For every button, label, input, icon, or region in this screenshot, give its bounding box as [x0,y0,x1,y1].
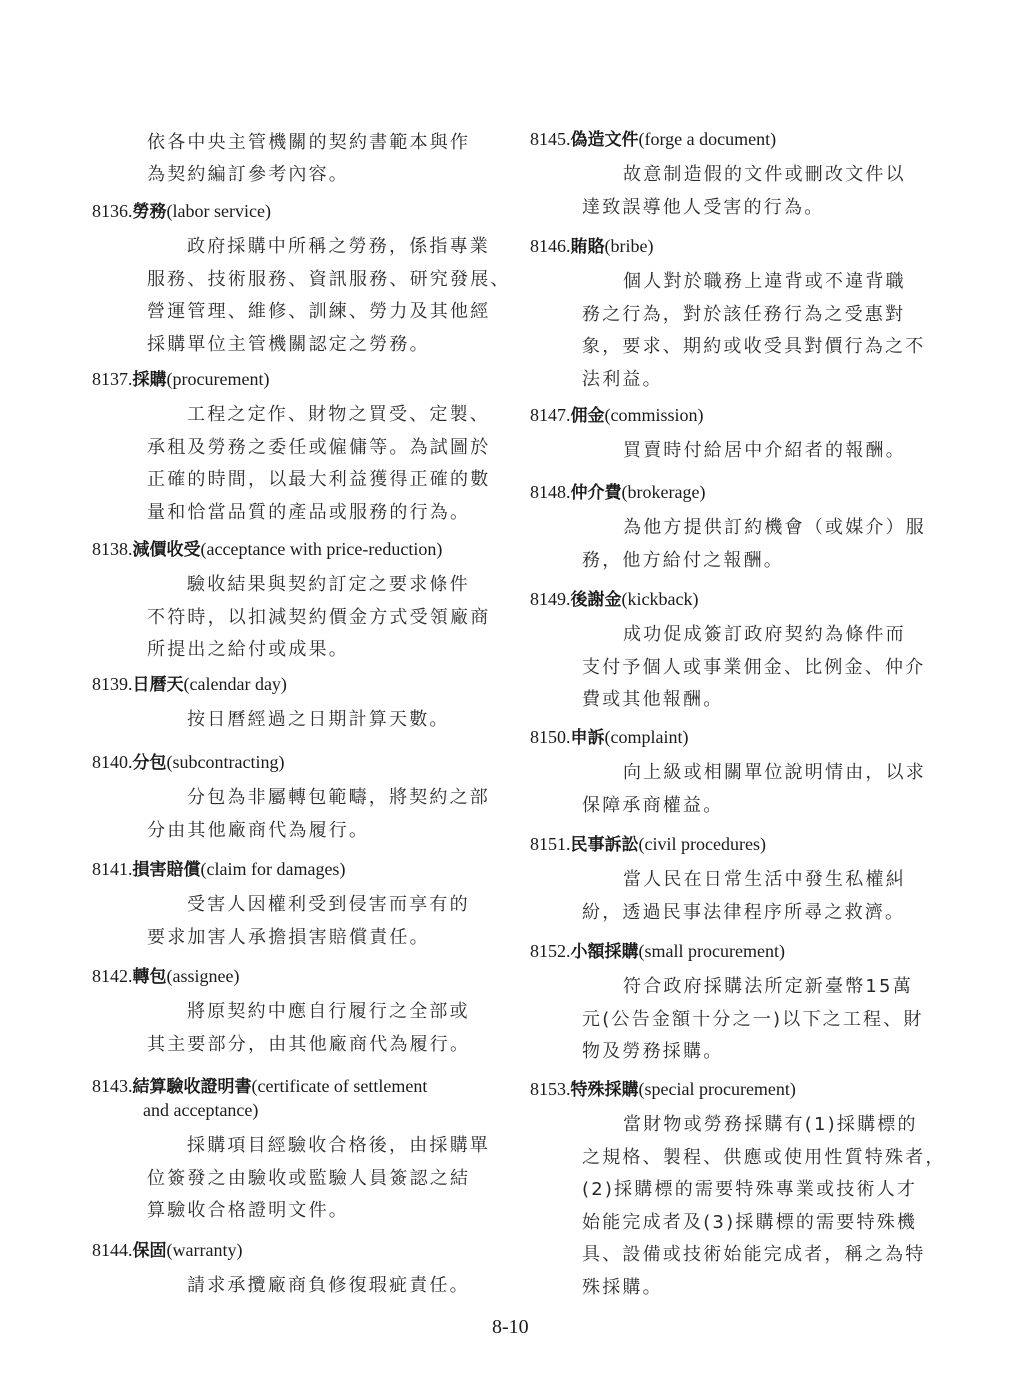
term-english: (commission) [605,405,704,425]
page-number: 8-10 [492,1316,529,1339]
definition-line: 驗收結果與契約訂定之要求條件 [187,572,470,598]
definition-line: 採購單位主管機關認定之勞務。 [147,332,430,358]
term-number: 8140. [92,752,133,772]
term-number: 8137. [92,369,133,389]
definition-line: 當人民在日常生活中發生私權糾 [623,867,906,893]
definition-line: 承租及勞務之委任或僱傭等。為試圖於 [147,435,490,461]
term-english: (kickback) [622,589,699,609]
term-number: 8144. [92,1240,133,1260]
definition-line: 政府採購中所稱之勞務，係指專業 [187,234,490,260]
term-english: (small procurement) [639,941,785,961]
term-heading: 8138.減價收受(acceptance with price-reductio… [92,536,442,563]
term-english: (brokerage) [622,482,706,502]
definition-line: 符合政府採購法所定新臺幣15萬 [623,974,913,1000]
term-chinese: 保固 [133,1241,167,1261]
definition-line: 正確的時間，以最大利益獲得正確的數 [147,467,490,493]
definition-line: 工程之定作、財物之買受、定製、 [187,402,490,428]
definition-line: 個人對於職務上違背或不違背職 [623,269,906,295]
definition-line: 費或其他報酬。 [582,687,723,713]
term-number: 8151. [530,834,571,854]
term-heading: 8139.日曆天(calendar day) [92,671,287,698]
term-english: (warranty) [167,1240,243,1260]
term-english: (acceptance with price-reduction) [201,539,443,559]
definition-line: 受害人因權利受到侵害而享有的 [187,892,470,918]
definition-line: 殊採購。 [582,1275,663,1301]
definition-line: 象，要求、期約或收受具對價行為之不 [582,334,925,360]
definition-line: 其主要部分，由其他廠商代為履行。 [147,1032,470,1058]
term-number: 8149. [530,589,571,609]
definition-line: 保障承商權益。 [582,793,723,819]
term-english: (forge a document) [639,129,777,149]
term-number: 8143. [92,1076,133,1096]
definition-line: (2)採購標的需要特殊專業或技術人才 [582,1177,917,1203]
term-chinese: 仲介費 [571,483,622,503]
term-english: (special procurement) [639,1079,796,1099]
term-heading: 8145.偽造文件(forge a document) [530,126,776,153]
term-chinese: 佣金 [571,406,605,426]
term-number: 8150. [530,727,571,747]
term-chinese: 轉包 [133,967,167,987]
definition-line: 紛，透過民事法律程序所尋之救濟。 [582,900,905,926]
term-heading: 8143.結算驗收證明書(certificate of settlement [92,1073,427,1100]
term-english-continued: and acceptance) [143,1097,258,1123]
intro-line: 為契約編訂參考內容。 [147,162,349,188]
definition-line: 將原契約中應自行履行之全部或 [187,999,470,1025]
definition-line: 算驗收合格證明文件。 [147,1198,349,1224]
term-english: (calendar day) [184,674,287,694]
definition-line: 物及勞務採購。 [582,1039,723,1065]
term-number: 8145. [530,129,571,149]
term-chinese: 後謝金 [571,590,622,610]
definition-line: 營運管理、維修、訓練、勞力及其他經 [147,299,490,325]
term-english: (civil procedures) [639,834,766,854]
definition-line: 不符時，以扣減契約價金方式受領廠商 [147,605,490,631]
definition-line: 所提出之給付或成果。 [147,637,349,663]
term-chinese: 申訴 [571,728,605,748]
term-heading: 8144.保固(warranty) [92,1237,242,1264]
term-number: 8146. [530,236,571,256]
definition-line: 故意制造假的文件或刪改文件以 [623,162,906,188]
term-chinese: 結算驗收證明書 [133,1077,252,1097]
term-number: 8153. [530,1079,571,1099]
term-english: (assignee) [167,966,240,986]
definition-line: 務之行為，對於該任務行為之受惠對 [582,302,905,328]
term-heading: 8140.分包(subcontracting) [92,749,284,776]
term-heading: 8152.小額採購(small procurement) [530,938,785,965]
definition-line: 請求承攬廠商負修復瑕疵責任。 [187,1273,470,1299]
definition-line: 服務、技術服務、資訊服務、研究發展、 [147,267,511,293]
term-number: 8147. [530,405,571,425]
term-chinese: 採購 [133,370,167,390]
definition-line: 法利益。 [582,367,663,393]
definition-line: 採購項目經驗收合格後，由採購單 [187,1133,490,1159]
term-heading: 8148.仲介費(brokerage) [530,479,705,506]
term-number: 8139. [92,674,133,694]
term-number: 8141. [92,859,133,879]
term-heading: 8150.申訴(complaint) [530,724,688,751]
term-number: 8136. [92,201,133,221]
term-chinese: 偽造文件 [571,130,639,150]
definition-line: 量和恰當品質的產品或服務的行為。 [147,500,470,526]
term-english: (claim for damages) [201,859,346,879]
term-number: 8138. [92,539,133,559]
definition-line: 具、設備或技術始能完成者，稱之為特 [582,1242,925,1268]
definition-line: 達致誤導他人受害的行為。 [582,195,824,221]
definition-line: 始能完成者及(3)採購標的需要特殊機 [582,1210,917,1236]
term-english: (subcontracting) [167,752,285,772]
definition-line: 分由其他廠商代為履行。 [147,818,369,844]
term-chinese: 賄賂 [571,237,605,257]
term-heading: 8141.損害賠償(claim for damages) [92,856,345,883]
term-chinese: 民事訴訟 [571,835,639,855]
definition-line: 買賣時付給居中介紹者的報酬。 [623,438,906,464]
term-chinese: 分包 [133,753,167,773]
definition-line: 元(公告金額十分之一)以下之工程、財 [582,1007,924,1033]
term-heading: 8146.賄賂(bribe) [530,233,653,260]
term-chinese: 特殊採購 [571,1080,639,1100]
term-heading: 8136.勞務(labor service) [92,198,271,225]
term-chinese: 小額採購 [571,942,639,962]
term-english: (certificate of settlement [252,1076,428,1096]
term-heading: 8153.特殊採購(special procurement) [530,1076,796,1103]
definition-line: 為他方提供訂約機會（或媒介）服 [623,515,926,541]
definition-line: 要求加害人承擔損害賠償責任。 [147,925,430,951]
definition-line: 支付予個人或事業佣金、比例金、仲介 [582,655,925,681]
definition-line: 成功促成簽訂政府契約為條件而 [623,622,906,648]
term-chinese: 減價收受 [133,540,201,560]
definition-line: 向上級或相關單位說明情由，以求 [623,760,926,786]
term-number: 8152. [530,941,571,961]
term-english: (bribe) [605,236,654,256]
term-heading: 8151.民事訴訟(civil procedures) [530,831,766,858]
definition-line: 務，他方給付之報酬。 [582,548,784,574]
term-english: (procurement) [167,369,270,389]
definition-line: 按日曆經過之日期計算天數。 [187,707,450,733]
term-chinese: 日曆天 [133,675,184,695]
definition-line: 位簽發之由驗收或監驗人員簽認之結 [147,1166,470,1192]
term-heading: 8142.轉包(assignee) [92,963,239,990]
definition-line: 分包為非屬轉包範疇，將契約之部 [187,785,490,811]
term-chinese: 損害賠償 [133,860,201,880]
term-heading: 8149.後謝金(kickback) [530,586,698,613]
term-number: 8148. [530,482,571,502]
term-heading: 8137.採購(procurement) [92,366,269,393]
definition-line: 之規格、製程、供應或使用性質特殊者， [582,1145,946,1171]
term-heading: 8147.佣金(commission) [530,402,704,429]
term-english: (labor service) [167,201,271,221]
term-english: (complaint) [605,727,689,747]
term-number: 8142. [92,966,133,986]
intro-line: 依各中央主管機關的契約書範本與作 [147,130,470,156]
term-chinese: 勞務 [133,202,167,222]
definition-line: 當財物或勞務採購有(1)採購標的 [623,1112,918,1138]
